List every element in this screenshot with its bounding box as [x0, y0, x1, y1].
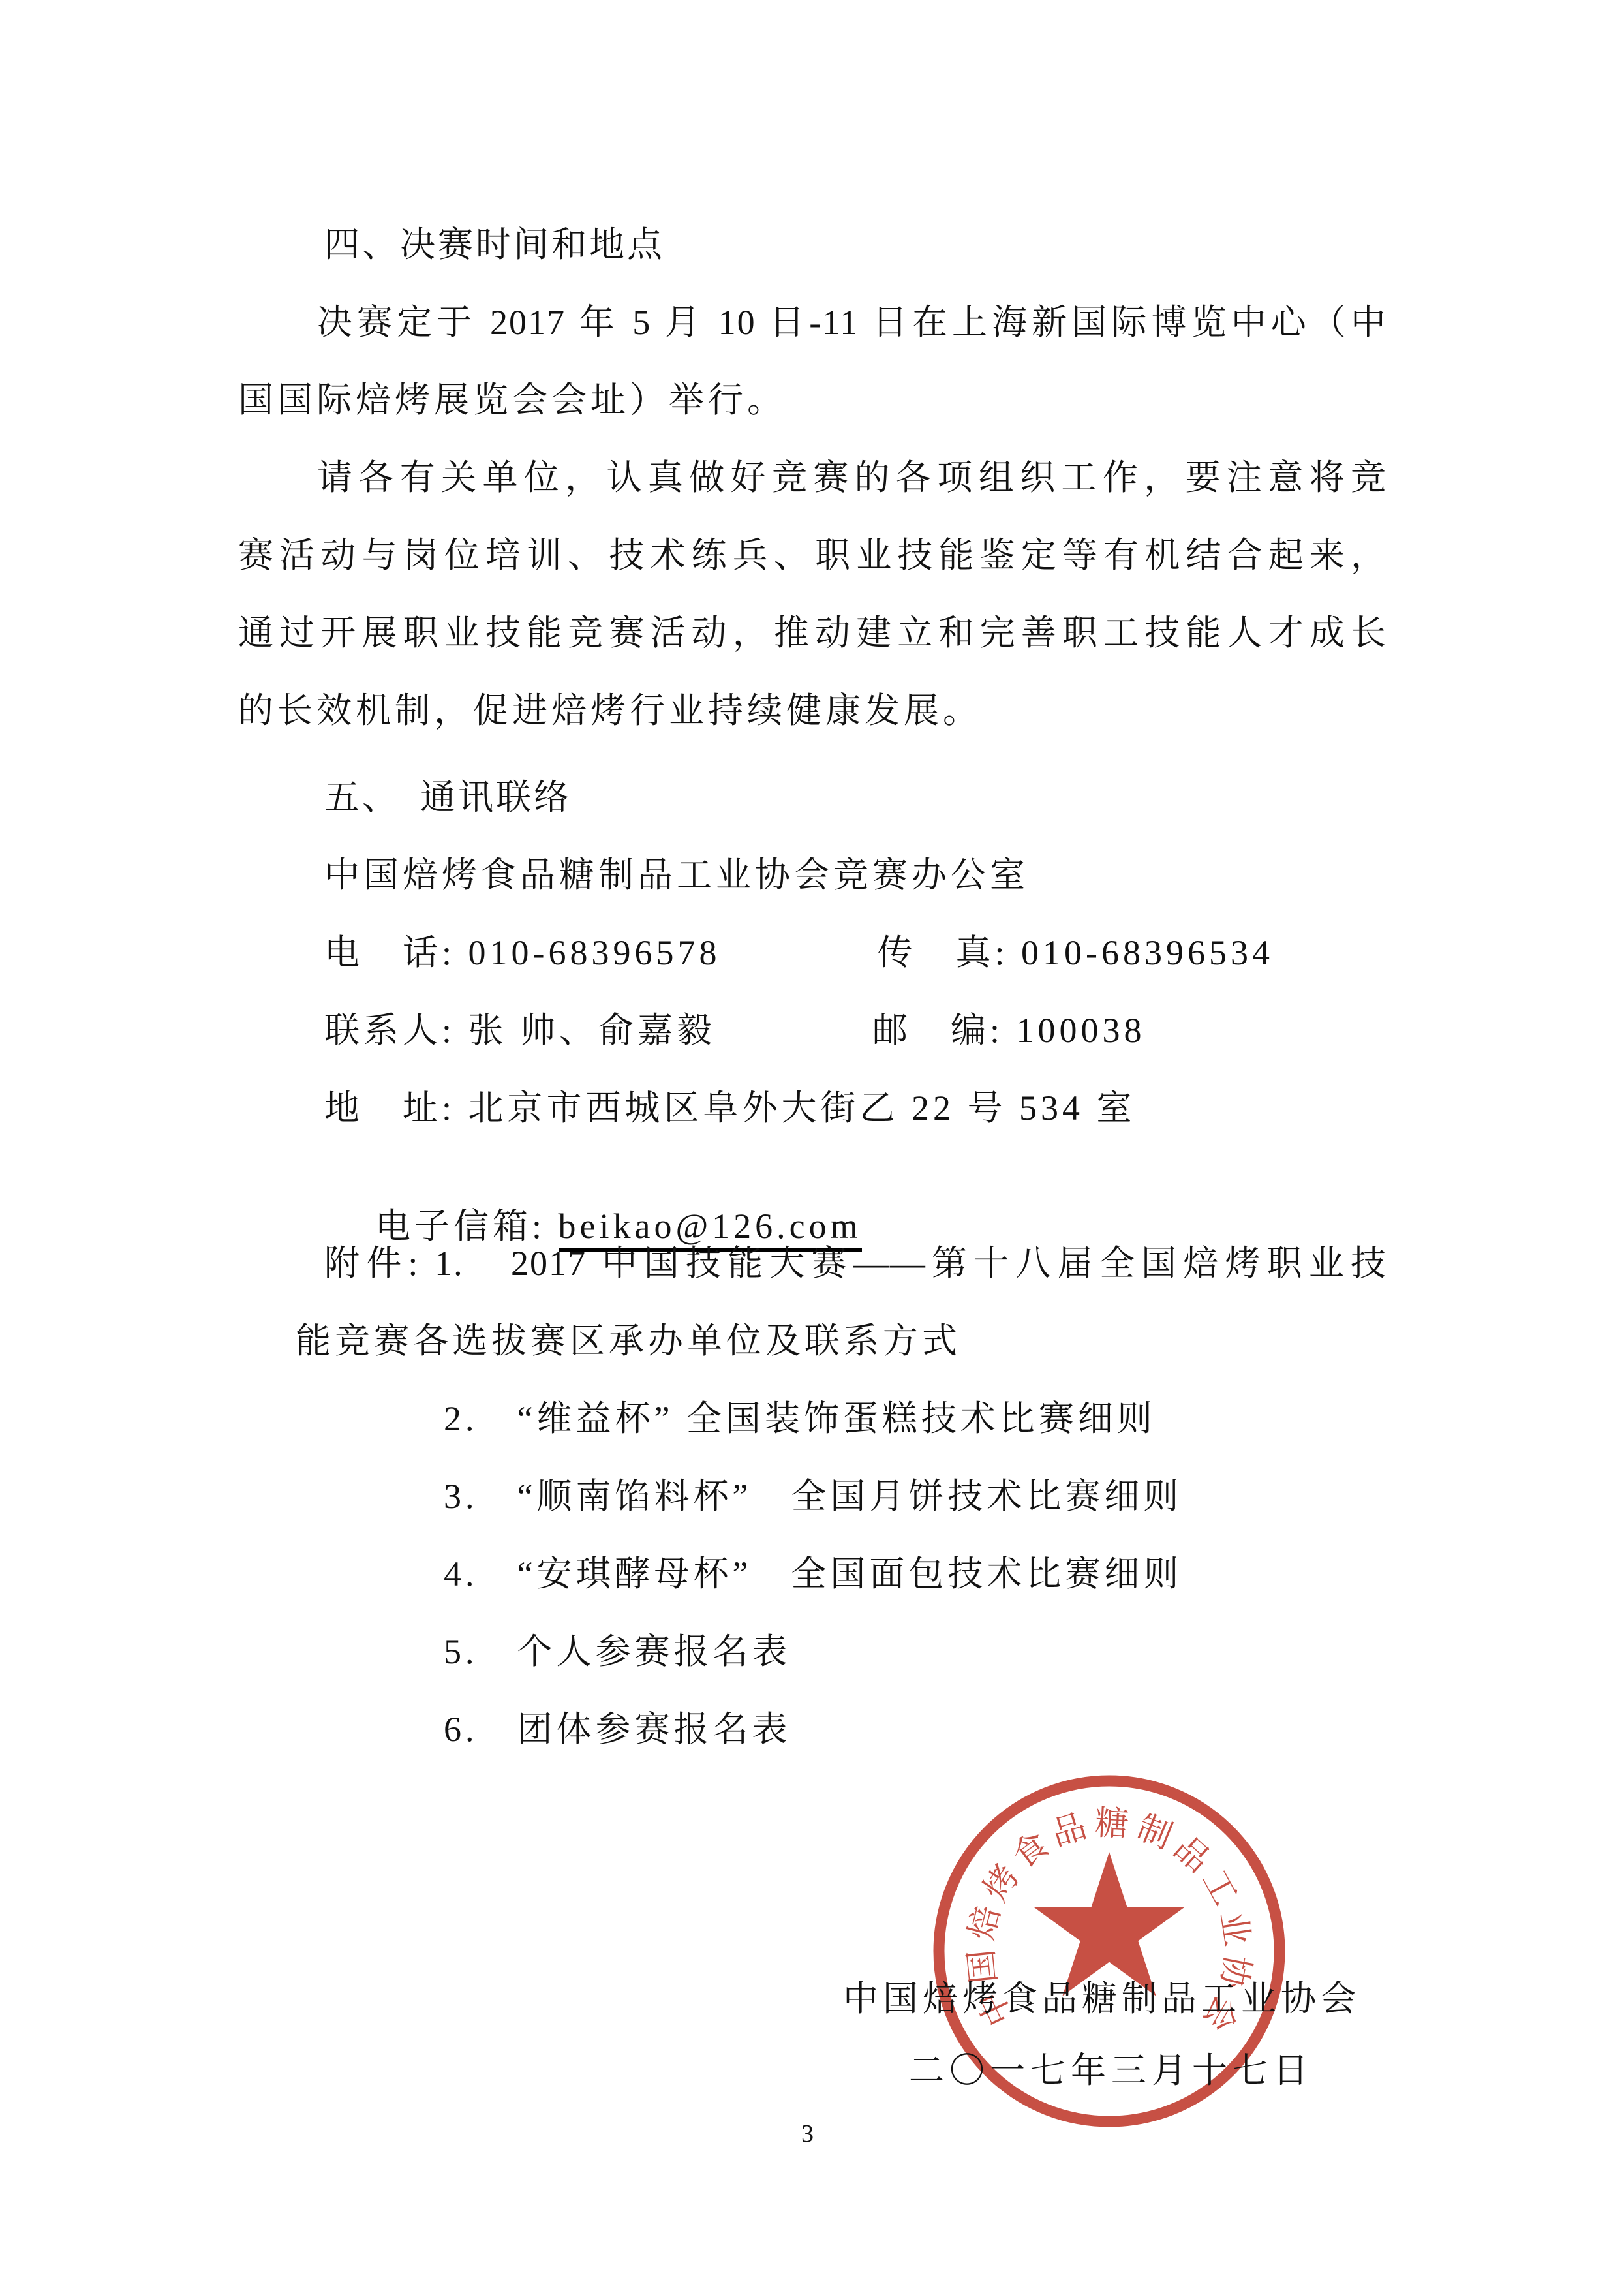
organization-paragraph-line-1: 请各有关单位，认真做好竞赛的各项组织工作，要注意将竞 [317, 457, 1387, 498]
signature-date: 二〇一七年三月十七日 [909, 2043, 1313, 2093]
attachment-item: 2. “维益杯” 全国装饰蛋糕技术比赛细则 [444, 1398, 1156, 1439]
attachment-item: 4. “安琪酵母杯” 全国面包技术比赛细则 [444, 1554, 1182, 1594]
document-page: 四、决赛时间和地点 决赛定于 2017 年 5 月 10 日-11 日在上海新国… [0, 0, 1624, 2282]
final-time-paragraph-line-2: 国国际焙烤展览会会址）举行。 [238, 380, 786, 420]
section-5-heading: 五、 通讯联络 [324, 777, 572, 818]
attachments-intro-line-2: 能竞赛各选拔赛区承办单位及联系方式 [296, 1321, 961, 1361]
phone-fax-line: 电 话: 010-68396578 传 真: 010-68396534 [324, 933, 1274, 973]
attachment-item: 6. 团体参赛报名表 [444, 1709, 791, 1750]
organization-paragraph-line-2: 赛活动与岗位培训、技术练兵、职业技能鉴定等有机结合起来， [238, 535, 1387, 576]
email-label: 电子信箱: [375, 1207, 559, 1246]
office-name-line: 中国焙烤食品糖制品工业协会竞赛办公室 [324, 855, 1029, 895]
section-4-heading: 四、决赛时间和地点 [324, 224, 665, 265]
attachments-intro-line-1: 附件: 1. 2017 中国技能大赛——第十八届全国焙烤职业技 [324, 1243, 1387, 1284]
signature-org: 中国焙烤食品糖制品工业协会 [843, 1971, 1360, 2021]
contacts-postcode-line: 联系人: 张 帅、俞嘉毅 邮 编: 100038 [324, 1010, 1146, 1051]
attachment-item: 3. “顺南馅料杯” 全国月饼技术比赛细则 [444, 1476, 1182, 1517]
attachment-item: 5. 个人参赛报名表 [444, 1631, 791, 1672]
organization-paragraph-line-4: 的长效机制，促进焙烤行业持续健康发展。 [238, 690, 982, 731]
organization-paragraph-line-3: 通过开展职业技能竞赛活动，推动建立和完善职工技能人才成长 [238, 613, 1387, 653]
address-line: 地 址: 北京市西城区阜外大街乙 22 号 534 室 [324, 1088, 1136, 1128]
page-number: 3 [801, 2120, 814, 2148]
final-time-paragraph-line-1: 决赛定于 2017 年 5 月 10 日-11 日在上海新国际博览中心（中 [317, 302, 1387, 343]
